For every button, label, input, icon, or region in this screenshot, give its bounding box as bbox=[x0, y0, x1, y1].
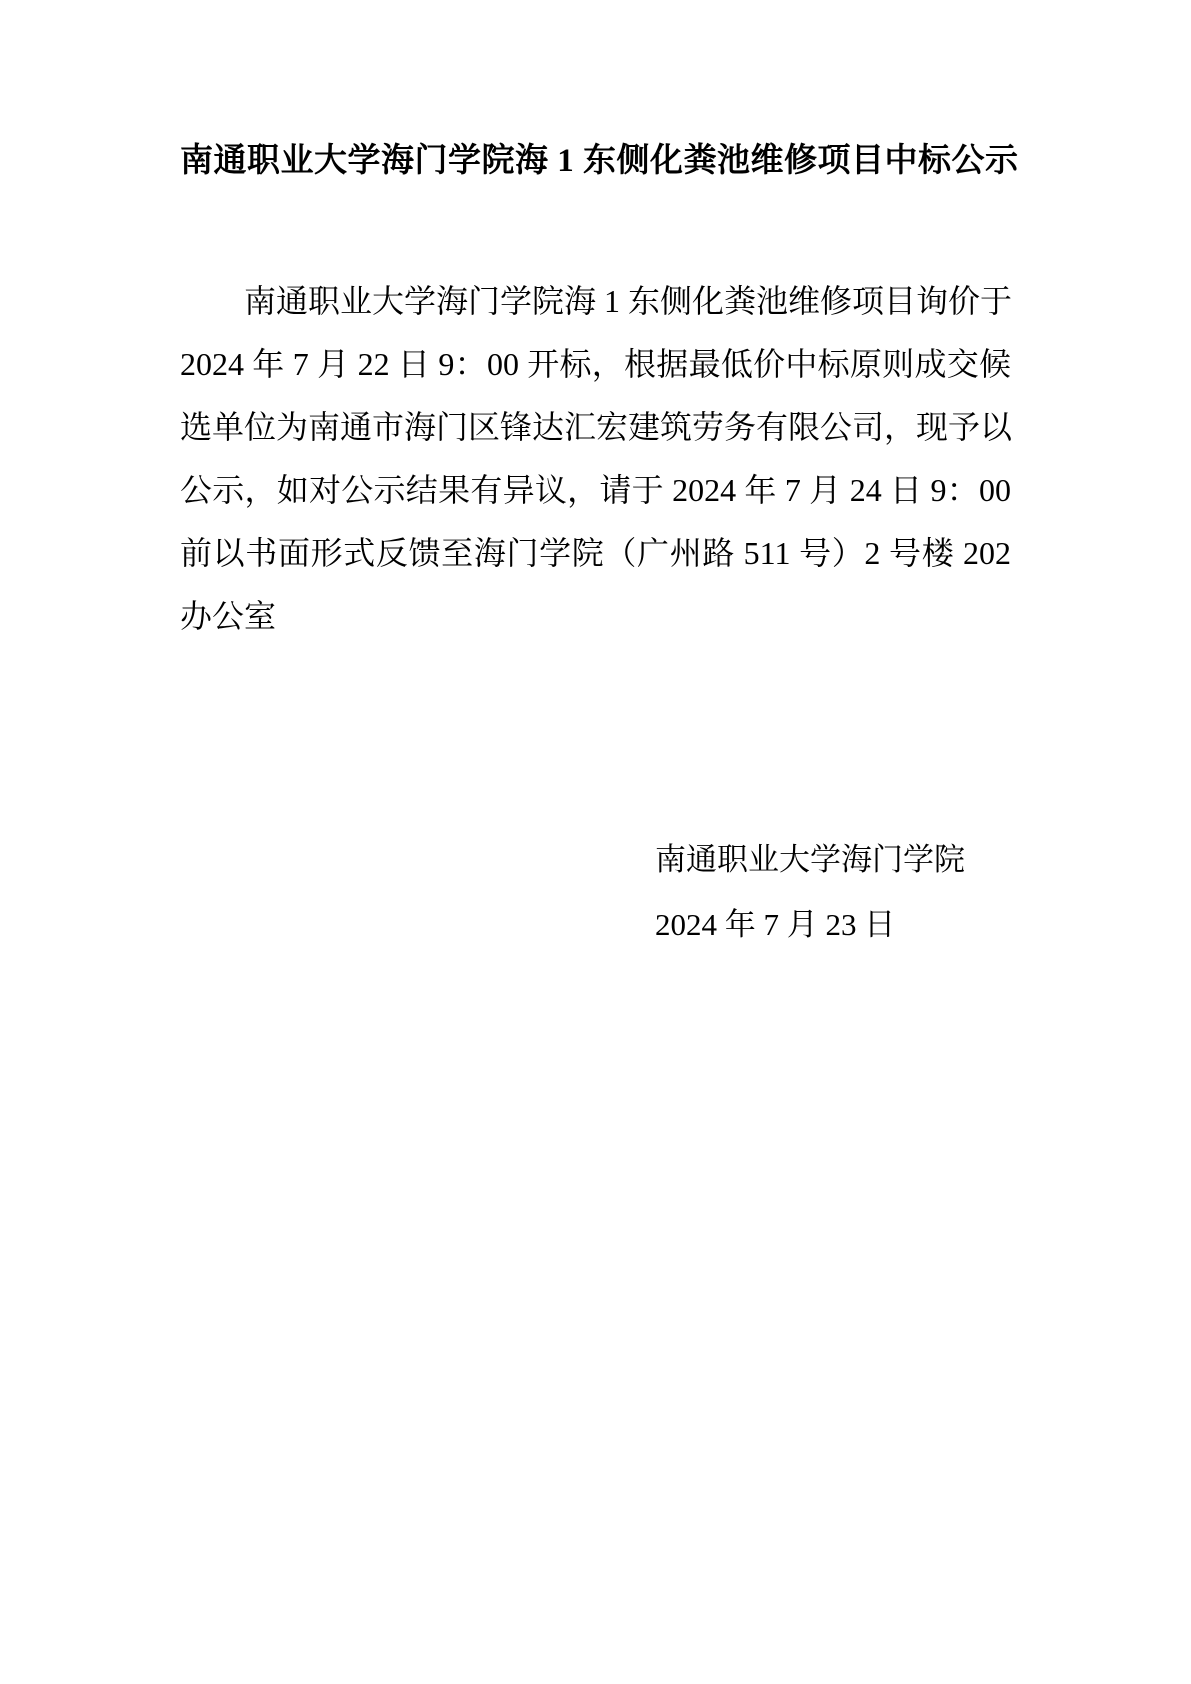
body-line-3: 选单位为南通市海门区锋达汇宏建筑劳务有限公司，现予以 bbox=[180, 396, 1011, 459]
signature-date: 2024 年 7 月 23 日 bbox=[655, 892, 965, 957]
body-line-4: 公示，如对公示结果有异议，请于 2024 年 7 月 24 日 9：00 bbox=[180, 459, 1011, 522]
signature-organization: 南通职业大学海门学院 bbox=[655, 827, 965, 892]
signature-block: 南通职业大学海门学院 2024 年 7 月 23 日 bbox=[655, 827, 965, 957]
body-line-2: 2024 年 7 月 22 日 9：00 开标，根据最低价中标原则成交候 bbox=[180, 333, 1011, 396]
document-title: 南通职业大学海门学院海 1 东侧化粪池维修项目中标公示 bbox=[180, 138, 1011, 184]
body-line-6: 办公室 bbox=[180, 585, 1011, 648]
body-line-5: 前以书面形式反馈至海门学院（广州路 511 号）2 号楼 202 bbox=[180, 522, 1011, 585]
body-line-1: 南通职业大学海门学院海 1 东侧化粪池维修项目询价于 bbox=[180, 270, 1011, 333]
document-page: 南通职业大学海门学院海 1 东侧化粪池维修项目中标公示 南通职业大学海门学院海 … bbox=[0, 0, 1191, 1684]
document-body: 南通职业大学海门学院海 1 东侧化粪池维修项目询价于 2024 年 7 月 22… bbox=[180, 270, 1011, 648]
